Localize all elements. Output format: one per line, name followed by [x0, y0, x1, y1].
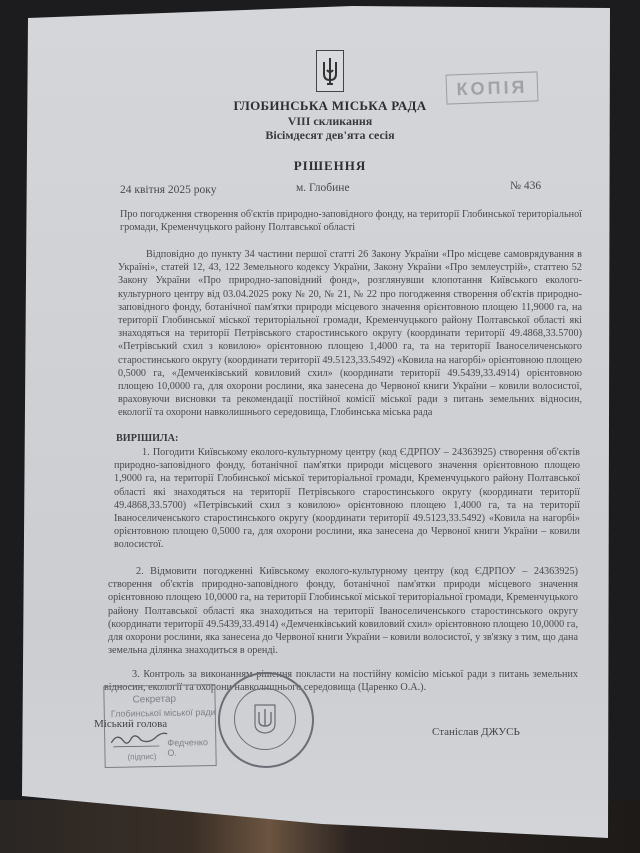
convocation: VIII скликання [200, 114, 460, 129]
council-name: ГЛОБИНСЬКА МІСЬКА РАДА [200, 98, 460, 114]
secretary-name: Федченко О. [167, 737, 215, 758]
official-round-seal [218, 672, 314, 768]
session: Вісімдесят дев'ята сесія [200, 128, 460, 143]
decision-place: м. Глобине [296, 182, 350, 194]
seal-coat-of-arms-icon [254, 704, 276, 734]
secretary-signature-caption: (підпис) [127, 752, 156, 762]
decision-subject: Про погодження створення об'єктів природ… [120, 208, 582, 234]
tryzub-coat-of-arms-icon [316, 50, 344, 92]
decision-date: 24 квітня 2025 року [120, 184, 216, 196]
preamble: Відповідно до пункту 34 частини першої с… [118, 248, 582, 420]
secretary-stamp-title: Секретар [132, 694, 176, 706]
handwritten-signature-icon [109, 728, 169, 751]
mayor-name: Станіслав ДЖУСЬ [432, 726, 520, 738]
decision-number: № 436 [510, 180, 541, 192]
doc-type-title: РІШЕННЯ [200, 158, 460, 174]
decision-item-2: 2. Відмовити погодженні Київському еколо… [108, 565, 578, 657]
decision-item-1: 1. Погодити Київському еколого-культурно… [114, 446, 580, 552]
mayor-title: Міський голова [94, 718, 167, 730]
decision-document: КОПІЯ ГЛОБИНСЬКА МІСЬКА РАДА VIII склика… [0, 0, 640, 853]
resolved-label: ВИРІШИЛА: [116, 432, 316, 445]
